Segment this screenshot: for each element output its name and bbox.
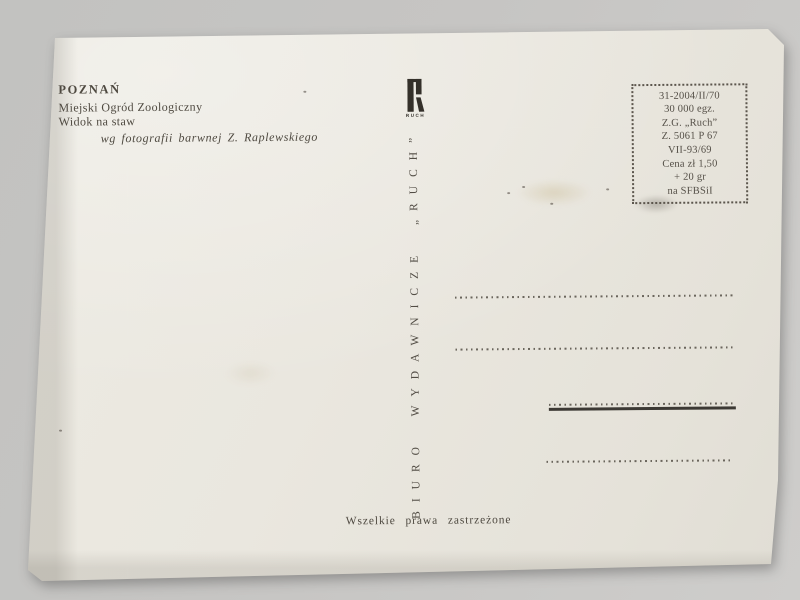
ruch-logo-icon (407, 79, 424, 112)
paper-speck (507, 192, 510, 194)
ruch-logo-label: RUCH (405, 113, 427, 118)
rights-notice: Wszelkie prawa zastrzeżone (346, 514, 512, 527)
address-line-3 (549, 402, 736, 405)
print-info-line: Z. 5061 P 67 (662, 130, 718, 144)
paper-stain (215, 356, 285, 391)
paper-speck (59, 430, 62, 432)
print-info-line: VII-93/69 (668, 144, 712, 158)
publisher-spine-text: BIURO WYDAWNICZE „RUCH” (408, 131, 423, 519)
postcard-content: POZNAŃ Miejski Ogród Zoologiczny Widok n… (0, 0, 800, 600)
caption-block: POZNAŃ Miejski Ogród Zoologiczny Widok n… (58, 82, 202, 130)
address-line-4 (546, 459, 731, 462)
paper-stain (504, 174, 604, 211)
paper-speck (522, 186, 525, 188)
print-info-line: Z.G. „Ruch” (662, 116, 718, 130)
address-rule (549, 406, 736, 410)
address-line-2 (455, 346, 733, 350)
print-info-line: na SFBSiI (667, 184, 712, 198)
print-info-line: 31-2004/II/70 (659, 89, 720, 103)
address-line-1 (455, 294, 733, 298)
print-info-line: + 20 gr (674, 171, 706, 185)
caption-title: Miejski Ogród Zoologiczny (58, 99, 202, 115)
caption-subtitle: Widok na staw (59, 114, 203, 130)
photo-credit: wg fotografii barwnej Z. Raplewskiego (101, 130, 318, 147)
photo-backdrop: POZNAŃ Miejski Ogród Zoologiczny Widok n… (0, 0, 800, 600)
caption-city: POZNAŃ (58, 82, 202, 98)
print-info-box: 31-2004/II/70 30 000 egz. Z.G. „Ruch” Z.… (631, 83, 748, 204)
paper-speck (303, 91, 306, 93)
paper-speck (606, 188, 609, 190)
paper-speck (550, 203, 553, 205)
print-info-line: 30 000 egz. (664, 103, 715, 117)
print-info-line: Cena zł 1,50 (662, 157, 717, 171)
publisher-logo: RUCH (404, 79, 426, 118)
